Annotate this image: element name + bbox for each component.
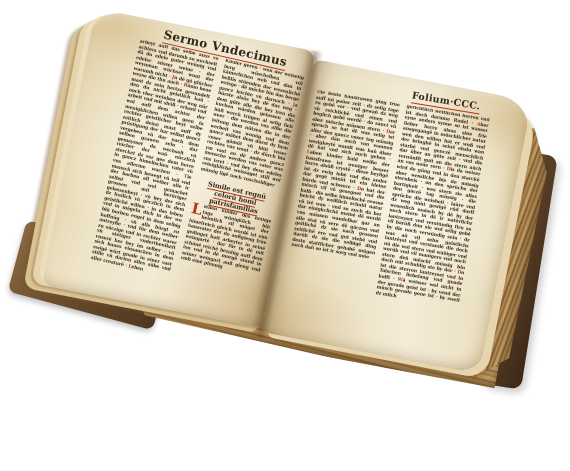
photo-of-open-antique-book: Sermo Vndecimus arbeyt auff das selbe au…: [0, 0, 570, 471]
right-page-columns: Die beste hausfrawen ging früe auff nū p…: [279, 90, 496, 349]
